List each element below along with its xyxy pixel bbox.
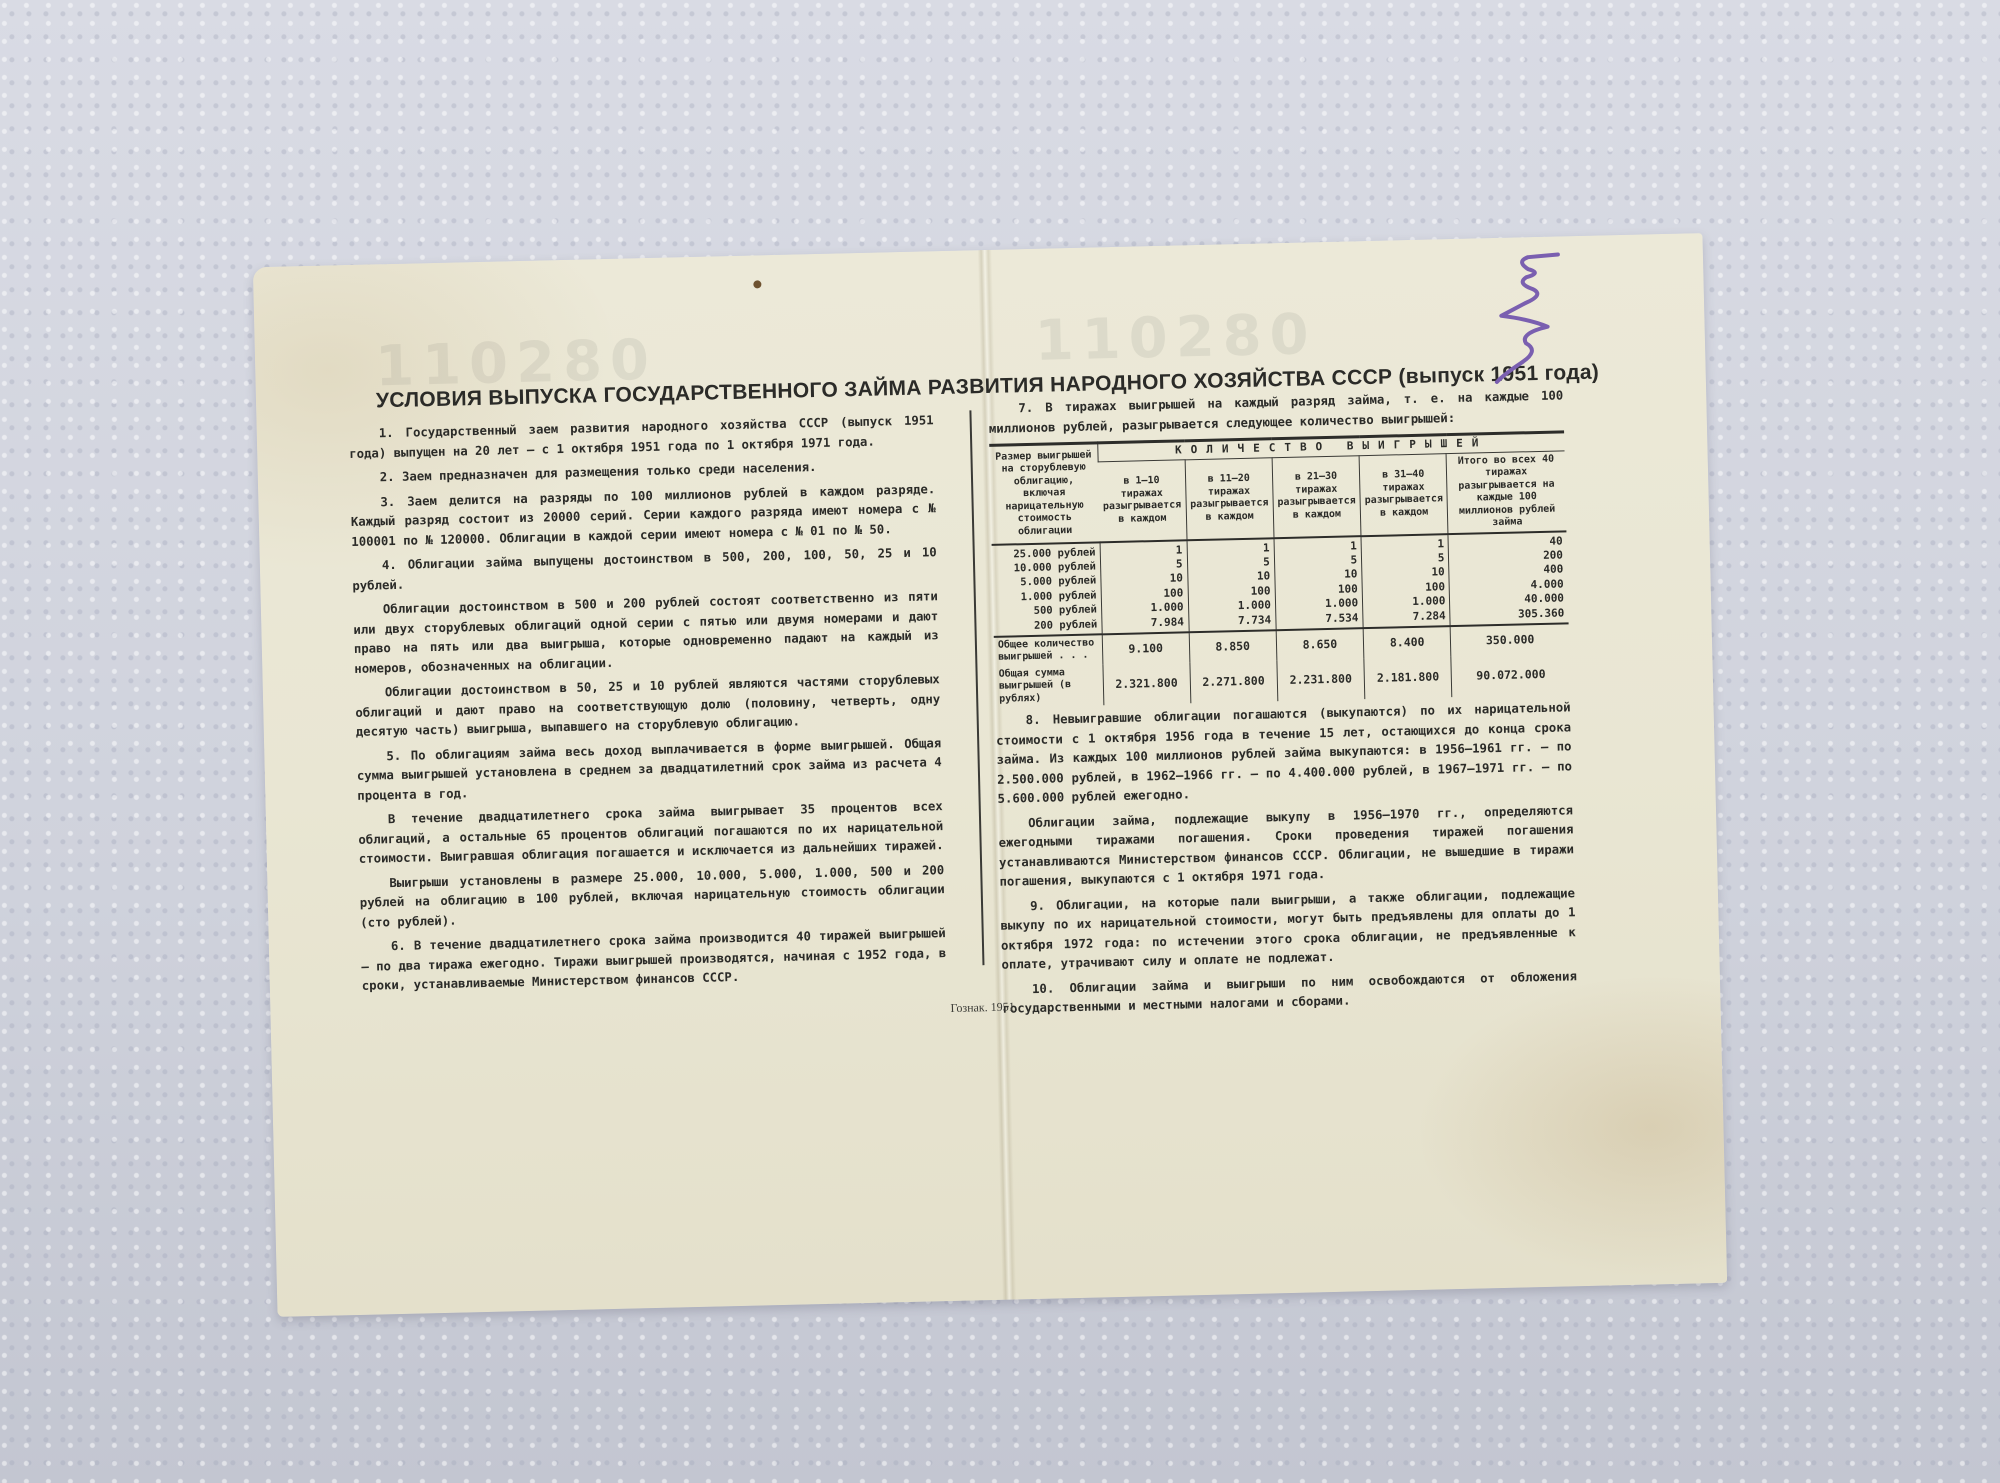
values-draws-31-40: 1 5 10 100 1.000 7.284	[1361, 534, 1450, 628]
values-draws-1-10: 1 5 10 100 1.000 7.984	[1100, 540, 1189, 634]
clause-9: 9. Облигации, на которые пали выигрыши, …	[1000, 884, 1577, 976]
total-sum-3: 2.231.800	[1277, 658, 1365, 702]
ghost-serial-number-right: 110280	[1034, 302, 1317, 374]
left-column-text: 1. Государственный заем развития народно…	[349, 411, 947, 1001]
clause-6: 6. В течение двадцатилетнего срока займа…	[361, 924, 947, 996]
total-count-all: 350.000	[1450, 623, 1569, 656]
total-sum-1: 2.321.800	[1103, 662, 1191, 706]
values-draws-11-20: 1 5 10 100 1.000 7.734	[1187, 538, 1276, 632]
total-sum-2: 2.271.800	[1189, 660, 1277, 704]
clause-5-para-3: Выигрыши установлены в размере 25.000, 1…	[359, 861, 945, 933]
clause-4-para-3: Облигации достоинством в 50, 25 и 10 руб…	[355, 670, 941, 742]
total-count-3: 8.650	[1276, 628, 1364, 660]
clause-3: 3. Заем делится на разряды по 100 миллио…	[350, 480, 936, 552]
clause-4: 4. Облигации займа выпущены достоинством…	[352, 543, 938, 596]
column-header-draws-21-30: в 21—30 тиражах разыгрывается в каждом	[1272, 455, 1361, 538]
values-draws-21-30: 1 5 10 100 1.000 7.534	[1274, 536, 1363, 630]
total-count-1: 9.100	[1102, 632, 1189, 664]
prize-labels: 25.000 рублей 10.000 рублей 5.000 рублей…	[992, 542, 1102, 637]
total-count-4: 8.400	[1363, 626, 1451, 658]
column-divider	[969, 410, 984, 965]
clause-4-para-2: Облигации достоинством в 500 и 200 рубле…	[353, 587, 940, 679]
total-sum-all: 90.072.000	[1451, 653, 1570, 697]
printer-imprint: Гознак. 1951.	[950, 999, 1018, 1016]
column-header-draws-31-40: в 31—40 тиражах разыгрывается в каждом	[1359, 453, 1448, 536]
clause-8-para-2: Облигации займа, подлежащие выкупу в 195…	[998, 801, 1575, 893]
clause-5: 5. По облигациям займа весь доход выплач…	[356, 734, 942, 806]
prize-size-header: Размер выигрышей на сторублевую облигаци…	[989, 443, 1100, 545]
values-total: 40 200 400 4.000 40.000 305.360	[1448, 531, 1568, 626]
prize-table: Размер выигрышей на сторублевую облигаци…	[989, 430, 1570, 708]
clause-10: 10. Облигации займа и выигрыши по ним ос…	[1002, 967, 1578, 1020]
clause-8: 8. Невыигравшие облигации погашаются (вы…	[996, 699, 1573, 810]
pen-scribble-mark	[1488, 246, 1581, 388]
total-sum-label: Общая сумма выигрышей (в рублях)	[994, 664, 1103, 708]
column-header-total: Итого во всех 40 тиражах разыгрывается н…	[1446, 450, 1566, 533]
prize-values-row: 25.000 рублей 10.000 рублей 5.000 рублей…	[992, 531, 1569, 637]
bond-back-sheet: 110280 110280 УСЛОВИЯ ВЫПУСКА ГОСУДАРСТВ…	[253, 233, 1727, 1317]
column-header-draws-11-20: в 11—20 тиражах разыгрывается в каждом	[1185, 457, 1274, 540]
total-count-label: Общее количество выигрышей . . .	[994, 634, 1103, 667]
total-sum-4: 2.181.800	[1364, 656, 1452, 700]
ink-stain	[753, 280, 761, 288]
right-column-text: 7. В тиражах выигрышей на каждый разряд …	[988, 386, 1578, 1024]
total-count-2: 8.850	[1189, 630, 1277, 662]
clause-5-para-2: В течение двадцатилетнего срока займа вы…	[358, 797, 944, 869]
column-header-draws-1-10: в 1—10 тиражах разыгрывается в каждом	[1098, 459, 1187, 542]
clause-1: 1. Государственный заем развития народно…	[349, 411, 935, 464]
